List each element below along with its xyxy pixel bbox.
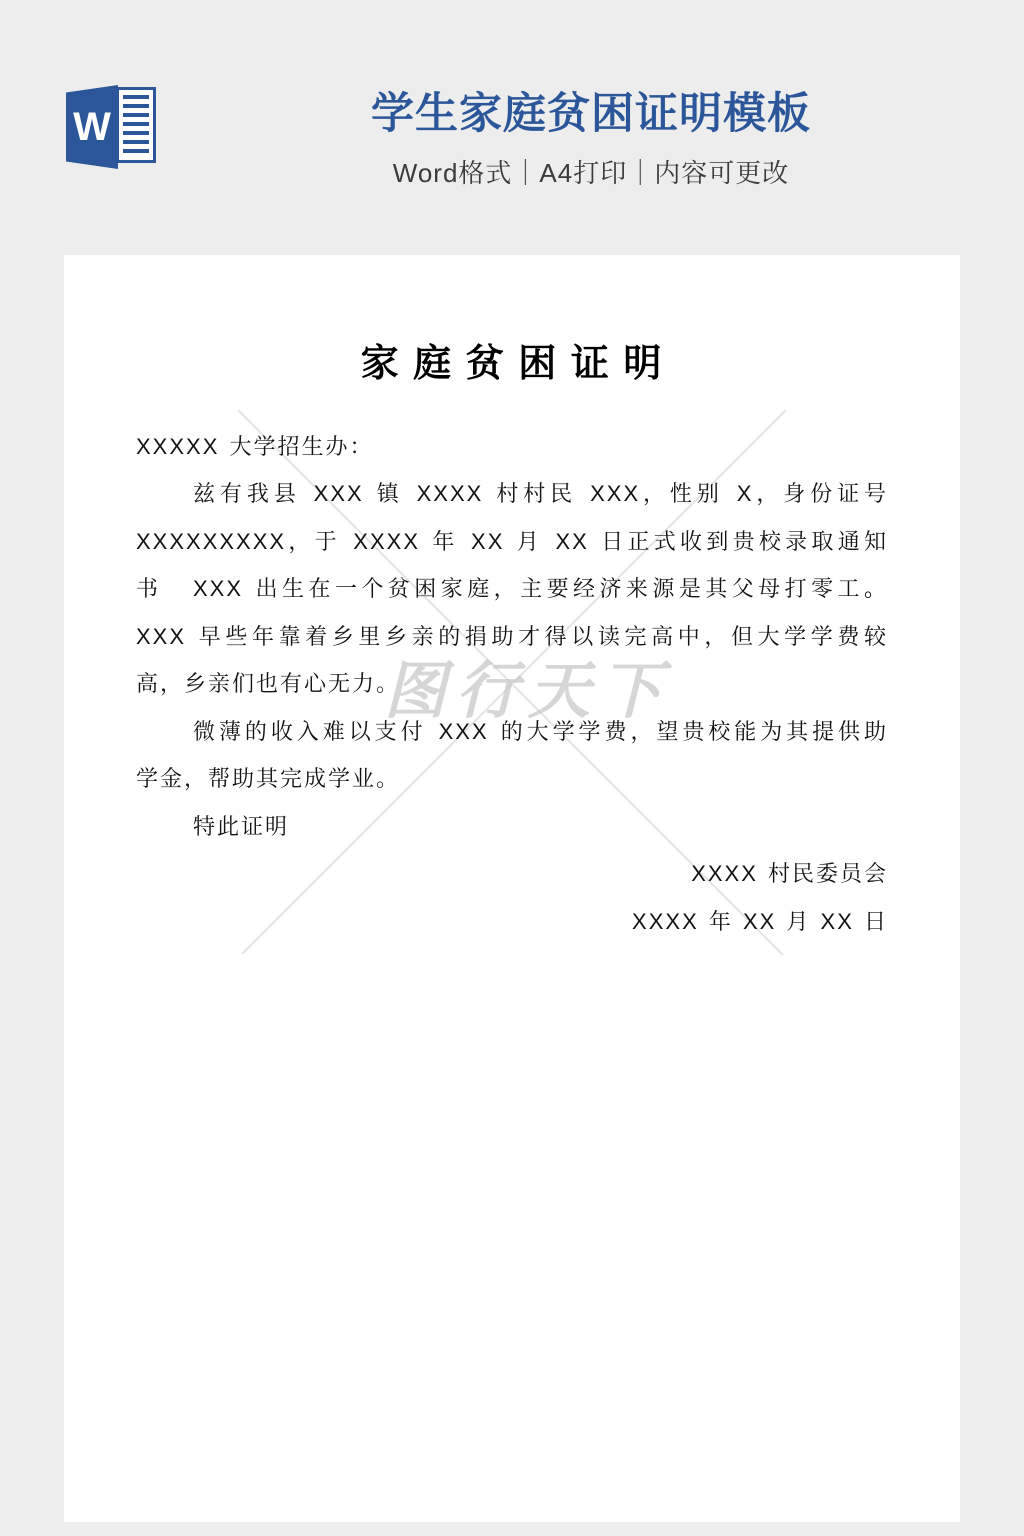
word-icon-panel: W (66, 85, 118, 169)
document-body-lines: XXXXX 大学招生办：兹有我县 XXX 镇 XXXX 村村民 XXX，性别 X… (136, 423, 888, 946)
doc-line: XXXXX 大学招生办： (136, 423, 888, 471)
doc-line: 特此证明 (136, 803, 888, 851)
doc-line: 学金，帮助其完成学业。 (136, 755, 888, 803)
doc-line: 高，乡亲们也有心无力。 (136, 660, 888, 708)
word-icon-letter: W (73, 107, 111, 147)
template-preview-page: { "header": { "title": "学生家庭贫困证明模板", "su… (0, 0, 1024, 1536)
doc-line: XXXX 年 XX 月 XX 日 (136, 898, 888, 946)
word-icon-sheet-lines (123, 95, 149, 155)
doc-line: 兹有我县 XXX 镇 XXXX 村村民 XXX，性别 X，身份证号 (136, 470, 888, 518)
document-page: 图行天下 家 庭 贫 困 证 明 XXXXX 大学招生办：兹有我县 XXX 镇 … (64, 255, 960, 1522)
header-text: 学生家庭贫困证明模板 Word格式｜A4打印｜内容可更改 (158, 85, 1024, 190)
word-icon-sheet (116, 87, 156, 163)
doc-line: XXX 早些年靠着乡里乡亲的捐助才得以读完高中，但大学学费较 (136, 613, 888, 661)
word-icon: W (64, 85, 158, 169)
doc-line: XXX 出生在一个贫困家庭，主要经济来源是其父母打零工。 (136, 565, 888, 613)
page-subtitle: Word格式｜A4打印｜内容可更改 (158, 153, 1024, 190)
document-title: 家 庭 贫 困 证 明 (64, 343, 960, 387)
page-title: 学生家庭贫困证明模板 (158, 91, 1024, 138)
header: W 学生家庭贫困证明模板 Word格式｜A4打印｜内容可更改 (64, 85, 1024, 190)
doc-line: XXXX 村民委员会 (136, 850, 888, 898)
doc-line: XXXXXXXXX，于 XXXX 年 XX 月 XX 日正式收到贵校录取通知书。 (136, 518, 888, 566)
doc-line: 微薄的收入难以支付 XXX 的大学学费，望贵校能为其提供助 (136, 708, 888, 756)
